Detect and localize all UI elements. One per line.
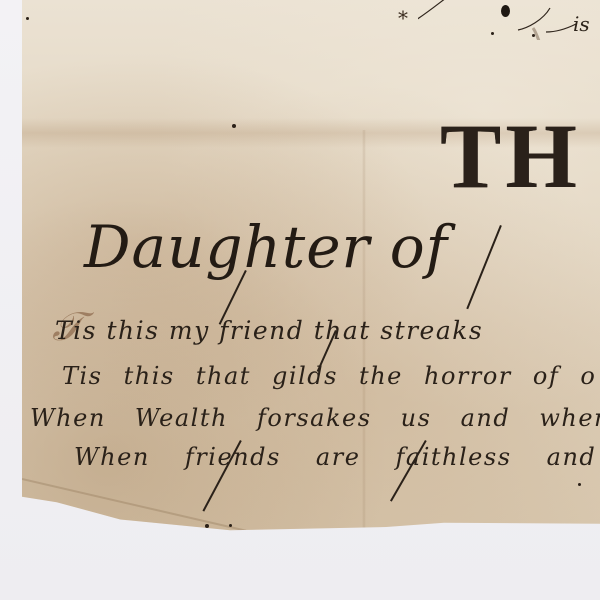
ink-speck	[26, 17, 29, 20]
star-ornament-icon: *	[398, 8, 418, 28]
verse-line-3: When Wealth forsakes us and when fr	[30, 404, 600, 432]
ink-speck	[232, 124, 236, 128]
ink-speck	[205, 524, 209, 528]
ink-speck	[229, 524, 232, 527]
bottom-corner-fold	[22, 478, 247, 532]
calligraphy-heading: Daughter of	[84, 213, 448, 281]
printed-title-fragment: TH	[440, 110, 581, 202]
verse-line-1: Tis this my friend that streaks	[55, 316, 483, 345]
top-script-fragment: is	[573, 12, 590, 36]
photo-stage: * is TH Daughter of 𝒯 Tis this my friend…	[0, 0, 600, 600]
verse-line-2: Tis this that gilds the horror of o	[62, 362, 596, 390]
ink-speck	[578, 483, 581, 486]
verse-line-4: When friends are faithless and	[74, 443, 596, 471]
